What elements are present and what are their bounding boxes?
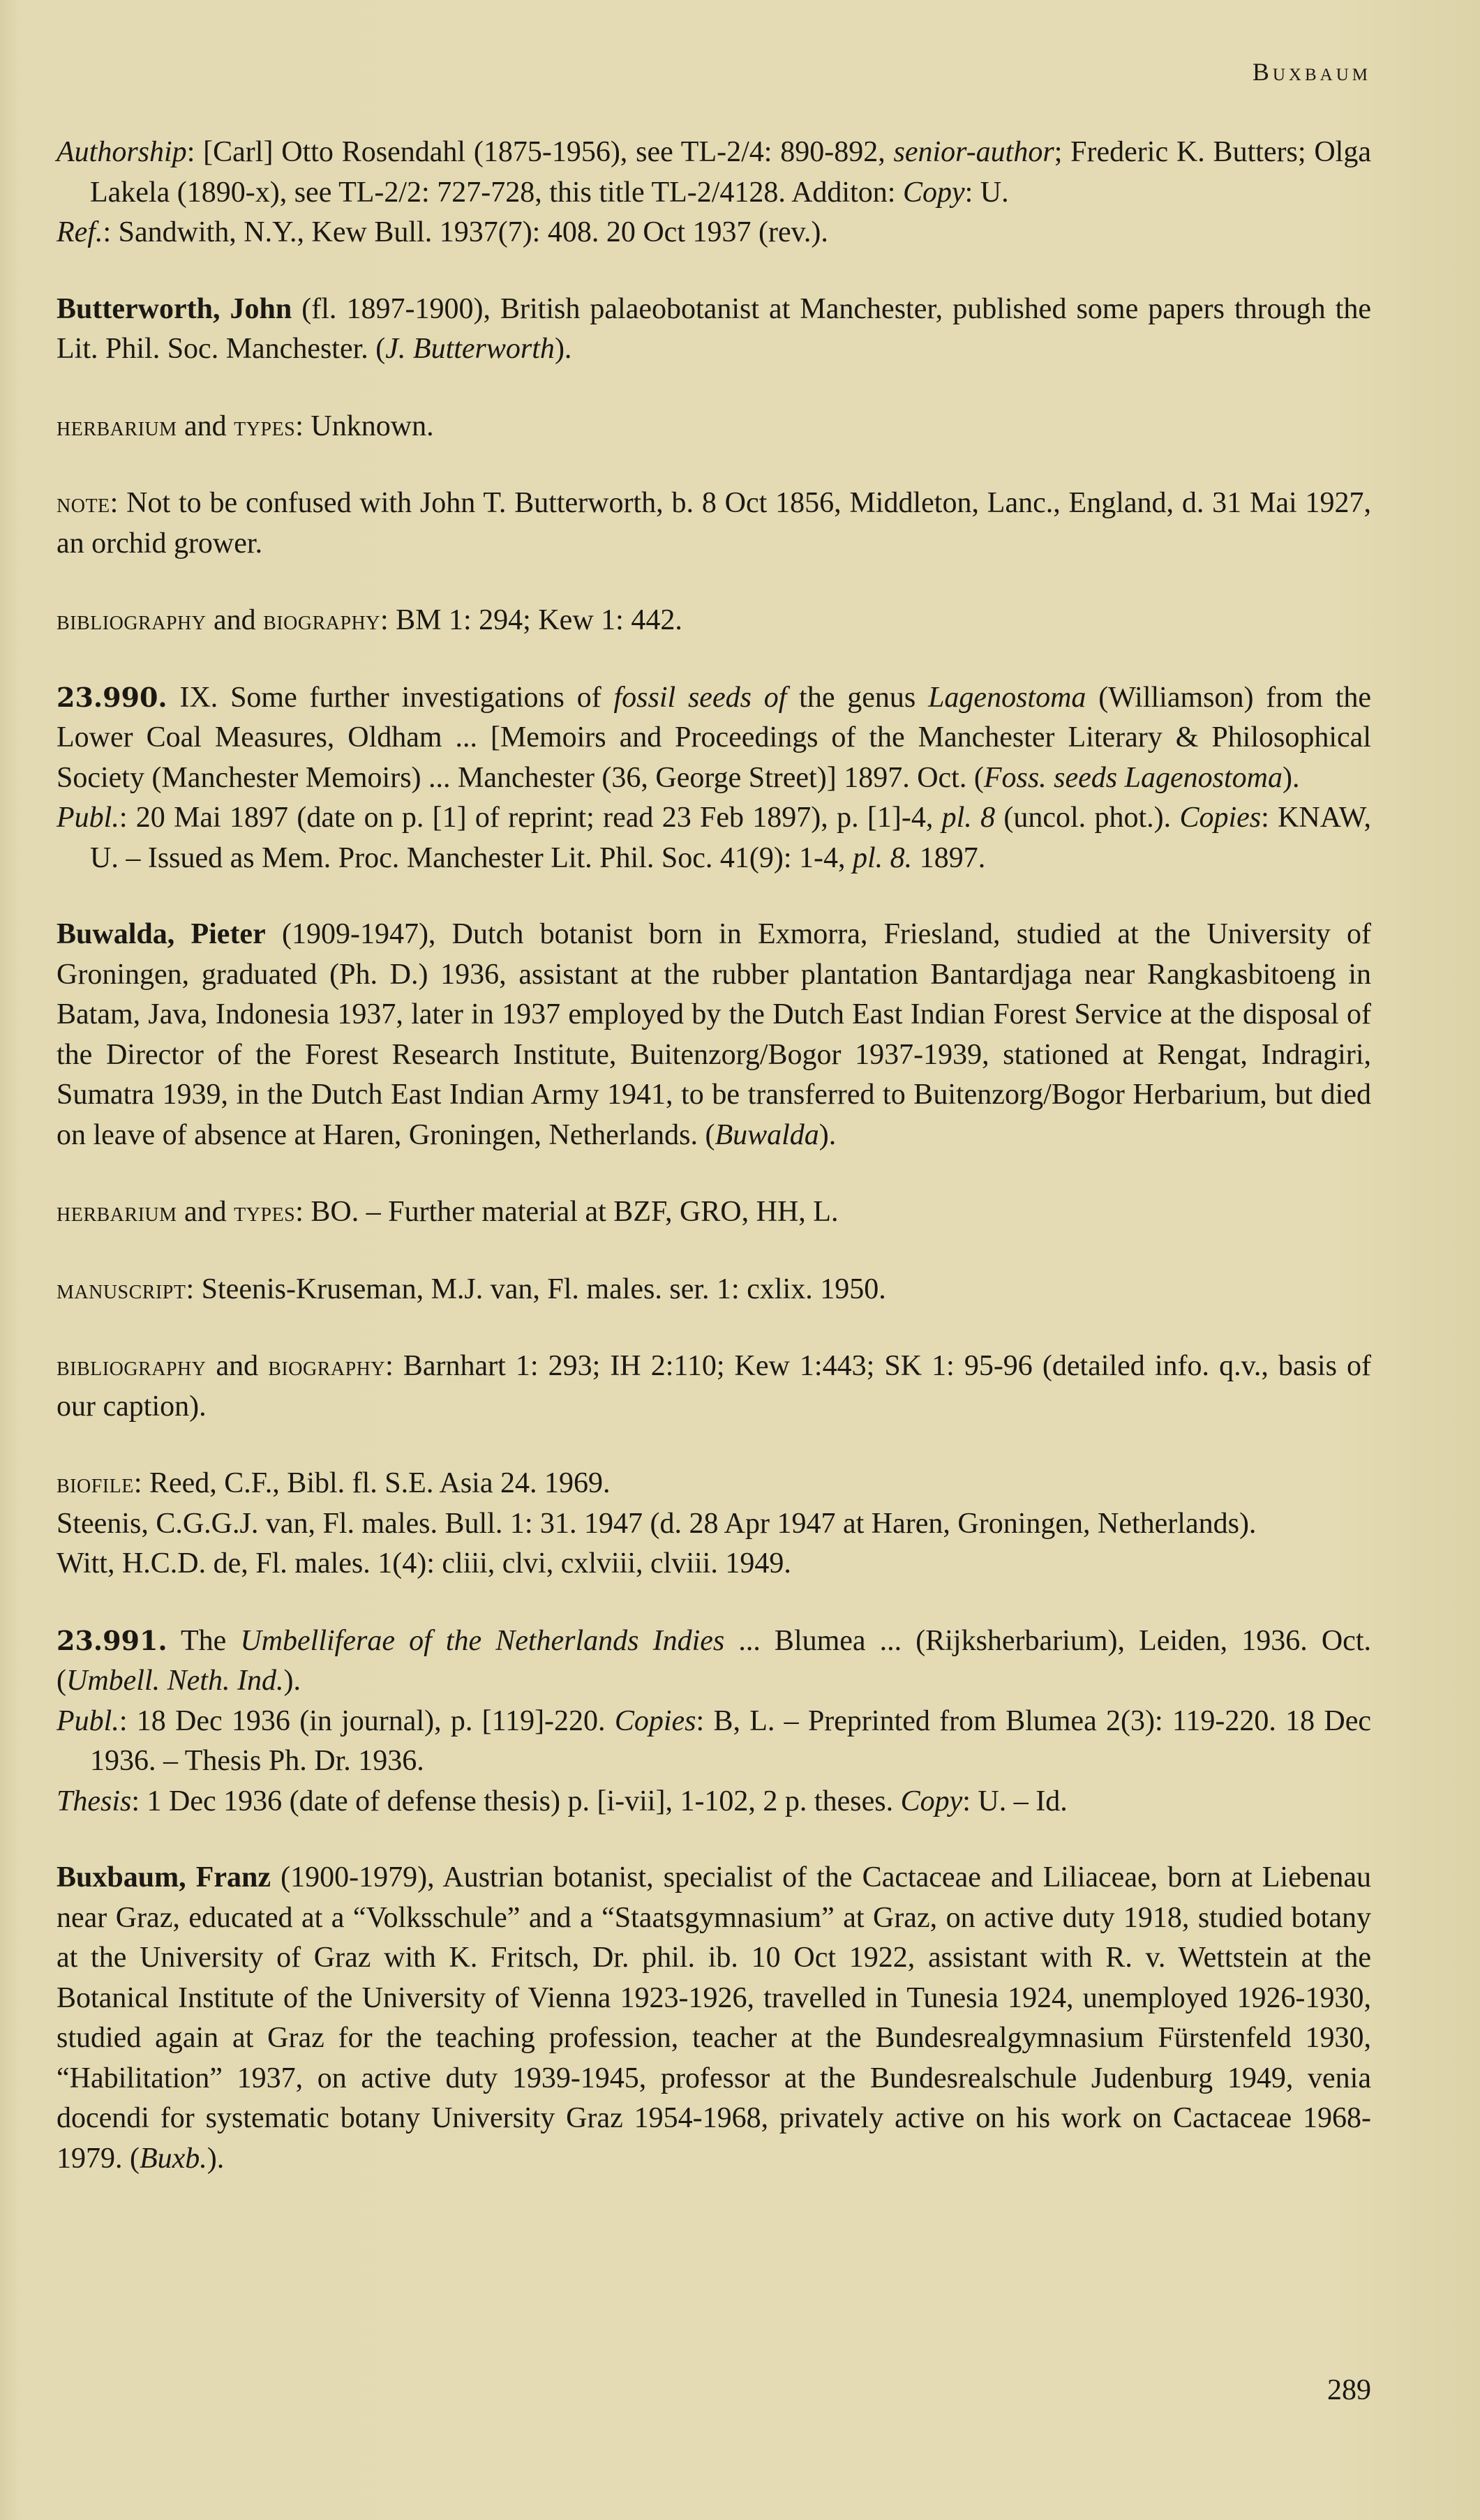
buwalda-bibliography: bibliography and biography: Barnhart 1: … xyxy=(57,1346,1371,1427)
buxbaum-entry: Buxbaum, Franz (1900-1979), Austrian bot… xyxy=(57,1858,1371,2179)
publ-text: : 18 Dec 1936 (in journal), p. [119]-220… xyxy=(119,1705,615,1737)
spacer xyxy=(57,1822,1371,1858)
work-number: 23.990. xyxy=(57,682,167,713)
types-label: types xyxy=(234,410,295,442)
author-bio: (1909-1947), Dutch botanist born in Exmo… xyxy=(57,918,1371,1151)
herbarium-text: : BO. – Further material at BZF, GRO, HH… xyxy=(295,1196,838,1228)
work-23-991-publ: Publ.: 18 Dec 1936 (in journal), p. [119… xyxy=(57,1702,1371,1782)
ref-text: : Sandwith, N.Y., Kew Bull. 1937(7): 408… xyxy=(103,216,828,248)
work-title: The xyxy=(167,1625,241,1657)
herbarium-label: herbarium xyxy=(57,410,177,442)
copy-label: Copy xyxy=(901,1785,963,1817)
spacer xyxy=(57,253,1371,290)
author-name: Butterworth, John xyxy=(57,293,292,325)
punct: ). xyxy=(819,1119,837,1151)
herbarium-text: : Unknown. xyxy=(295,410,433,442)
bibliography-label: bibliography xyxy=(57,604,206,636)
author-bio: (1900-1979), Austrian botanist, speciali… xyxy=(57,1861,1371,2175)
spacer xyxy=(57,1233,1371,1269)
publ-text: (uncol. phot.). xyxy=(995,802,1179,834)
biography-label: biography xyxy=(263,604,380,636)
manuscript-text: : Steenis-Kruseman, M.J. van, Fl. males.… xyxy=(186,1273,885,1305)
author-name: Buwalda, Pieter xyxy=(57,918,266,950)
work-title: IX. Some further investigations of xyxy=(167,682,614,714)
work-number: 23.991. xyxy=(57,1625,167,1656)
page-number: 289 xyxy=(1327,2373,1371,2407)
and-text: and xyxy=(206,1350,268,1382)
short-title: Foss. seeds Lagenostoma xyxy=(984,762,1283,794)
senior-author-label: senior-author xyxy=(894,136,1054,168)
copies-label: Copies xyxy=(1179,802,1261,834)
and-text: and xyxy=(206,604,263,636)
copies-label: Copies xyxy=(615,1705,696,1737)
work-23-990: 23.990. IX. Some further investigations … xyxy=(57,677,1371,799)
publ-label: Publ. xyxy=(57,802,119,834)
buwalda-herbarium: herbarium and types: BO. – Further mater… xyxy=(57,1192,1371,1233)
buwalda-entry: Buwalda, Pieter (1909-1947), Dutch botan… xyxy=(57,915,1371,1155)
publ-text: : 20 Mai 1897 (date on p. [1] of reprint… xyxy=(119,802,942,834)
note-text: : Not to be confused with John T. Butter… xyxy=(57,487,1371,560)
authorship-text: : [Carl] Otto Rosendahl (1875-1956), see… xyxy=(187,136,894,168)
butterworth-bibliography: bibliography and biography: BM 1: 294; K… xyxy=(57,600,1371,641)
work-23-990-publ: Publ.: 20 Mai 1897 (date on p. [1] of re… xyxy=(57,798,1371,878)
running-head: Buxbaum xyxy=(1253,57,1371,87)
biofile-label: biofile xyxy=(57,1467,134,1499)
spacer xyxy=(57,1427,1371,1463)
butterworth-entry: Butterworth, John (fl. 1897-1900), Briti… xyxy=(57,290,1371,370)
spacer xyxy=(57,878,1371,915)
spacer xyxy=(57,1155,1371,1192)
spacer xyxy=(57,564,1371,600)
work-title: the genus xyxy=(786,682,928,714)
spacer xyxy=(57,1310,1371,1346)
publ-label: Publ. xyxy=(57,1705,119,1737)
ref-paragraph: Ref.: Sandwith, N.Y., Kew Bull. 1937(7):… xyxy=(57,213,1371,253)
biography-label: biography xyxy=(268,1350,385,1381)
author-abbrev: Buxb. xyxy=(140,2143,207,2175)
copy-label: Copy xyxy=(903,177,965,209)
manuscript-label: manuscript xyxy=(57,1273,186,1305)
work-title-italic: fossil seeds of xyxy=(613,682,786,714)
butterworth-herbarium: herbarium and types: Unknown. xyxy=(57,406,1371,447)
buwalda-manuscript: manuscript: Steenis-Kruseman, M.J. van, … xyxy=(57,1269,1371,1310)
punct: ). xyxy=(555,333,572,365)
spacer xyxy=(57,1584,1371,1621)
work-title-italic: Umbelliferae of the Netherlands Indies xyxy=(240,1625,724,1657)
author-abbrev: Buwalda xyxy=(715,1119,819,1151)
author-abbrev: J. Butterworth xyxy=(385,333,555,365)
spacer xyxy=(57,447,1371,483)
plate-ref: pl. 8 xyxy=(942,802,995,834)
work-title-italic: Lagenostoma xyxy=(928,682,1086,714)
herbarium-label: herbarium xyxy=(57,1196,177,1227)
copies-text: 1897. xyxy=(912,842,985,874)
spacer xyxy=(57,641,1371,677)
note-label: note xyxy=(57,487,110,518)
body-text: Authorship: [Carl] Otto Rosendahl (1875-… xyxy=(57,133,1371,2179)
plate-ref: pl. 8. xyxy=(853,842,912,874)
authorship-paragraph: Authorship: [Carl] Otto Rosendahl (1875-… xyxy=(57,133,1371,213)
work-23-991-thesis: Thesis: 1 Dec 1936 (date of defense thes… xyxy=(57,1782,1371,1822)
biofile-item: : Reed, C.F., Bibl. fl. S.E. Asia 24. 19… xyxy=(134,1467,611,1499)
and-text: and xyxy=(177,410,234,442)
punct: ). xyxy=(283,1665,301,1697)
punct: ). xyxy=(1283,762,1300,794)
author-name: Buxbaum, Franz xyxy=(57,1861,271,1893)
spacer xyxy=(57,370,1371,406)
biofile-item: Witt, H.C.D. de, Fl. males. 1(4): cliii,… xyxy=(57,1544,1371,1584)
thesis-text: : 1 Dec 1936 (date of defense thesis) p.… xyxy=(131,1785,900,1817)
thesis-label: Thesis xyxy=(57,1785,131,1817)
buwalda-biofile: biofile: Reed, C.F., Bibl. fl. S.E. Asia… xyxy=(57,1463,1371,1504)
punct: ). xyxy=(207,2143,225,2175)
biofile-item: Steenis, C.G.G.J. van, Fl. males. Bull. … xyxy=(57,1504,1371,1545)
butterworth-note: note: Not to be confused with John T. Bu… xyxy=(57,483,1371,564)
short-title: Umbell. Neth. Ind. xyxy=(66,1665,283,1697)
work-23-991: 23.991. The Umbelliferae of the Netherla… xyxy=(57,1621,1371,1702)
authorship-label: Authorship xyxy=(57,136,187,168)
ref-label: Ref. xyxy=(57,216,103,248)
and-text: and xyxy=(177,1196,234,1228)
bibliography-label: bibliography xyxy=(57,1350,206,1381)
bibliography-text: : BM 1: 294; Kew 1: 442. xyxy=(380,604,682,636)
types-label: types xyxy=(234,1196,295,1227)
copy-text: : U. xyxy=(965,177,1009,209)
copy-text: : U. – Id. xyxy=(962,1785,1068,1817)
